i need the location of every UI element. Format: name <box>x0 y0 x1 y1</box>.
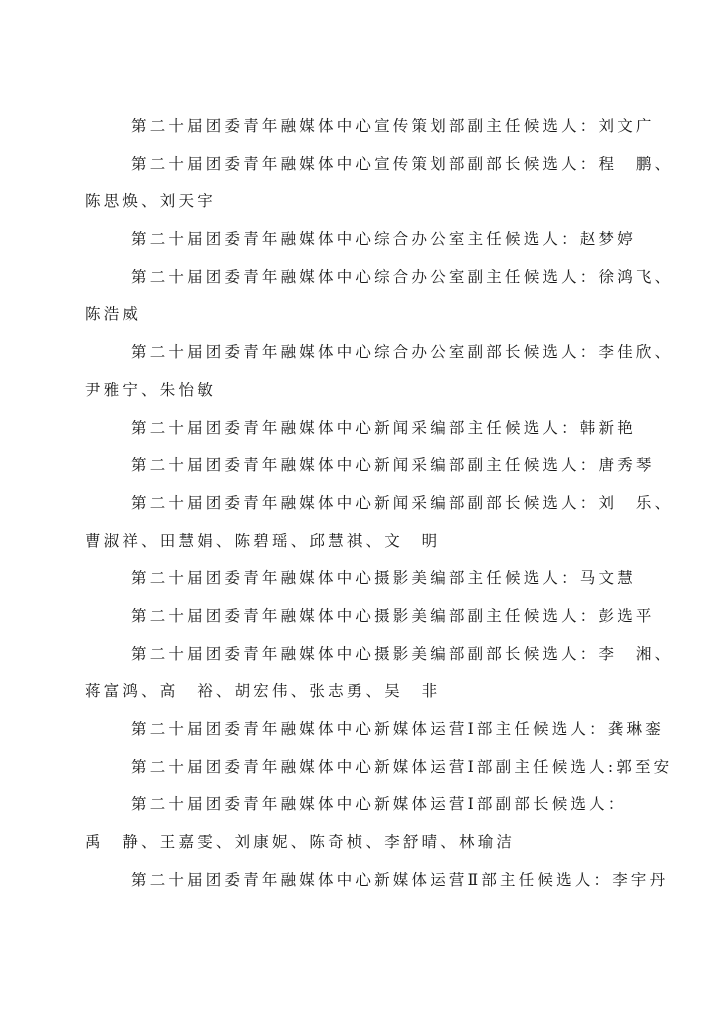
paragraph-continuation: 蒋富鸿、高 裕、胡宏伟、张志勇、吴 非 <box>85 673 635 711</box>
paragraph-line: 第二十届团委青年融媒体中心综合办公室主任候选人：赵梦婷 <box>85 221 635 259</box>
paragraph-line: 第二十届团委青年融媒体中心新闻采编部副部长候选人：刘 乐、 <box>85 485 635 523</box>
paragraph-line: 第二十届团委青年融媒体中心摄影美编部副部长候选人：李 湘、 <box>85 636 635 674</box>
paragraph-line: 第二十届团委青年融媒体中心新闻采编部主任候选人：韩新艳 <box>85 410 635 448</box>
paragraph-line: 第二十届团委青年融媒体中心新闻采编部副主任候选人：唐秀琴 <box>85 447 635 485</box>
paragraph-line: 第二十届团委青年融媒体中心新媒体运营Ⅰ部主任候选人：龚琳銮 <box>85 711 635 749</box>
paragraph-line: 第二十届团委青年融媒体中心新媒体运营Ⅰ部副部长候选人： <box>85 786 635 824</box>
paragraph-continuation: 尹雅宁、朱怡敏 <box>85 372 635 410</box>
paragraph-line: 第二十届团委青年融媒体中心宣传策划部副部长候选人：程 鹏、 <box>85 146 635 184</box>
paragraph-line: 第二十届团委青年融媒体中心新媒体运营Ⅰ部副主任候选人:郭至安 <box>85 749 635 787</box>
paragraph-line: 第二十届团委青年融媒体中心摄影美编部主任候选人：马文慧 <box>85 560 635 598</box>
paragraph-continuation: 禹 静、王嘉雯、刘康妮、陈奇桢、李舒晴、林瑜洁 <box>85 824 635 862</box>
paragraph-line: 第二十届团委青年融媒体中心新媒体运营Ⅱ部主任候选人：李宇丹 <box>85 862 635 900</box>
document-page: 第二十届团委青年融媒体中心宣传策划部副主任候选人：刘文广 第二十届团委青年融媒体… <box>85 108 635 899</box>
paragraph-line: 第二十届团委青年融媒体中心综合办公室副主任候选人：徐鸿飞、 <box>85 259 635 297</box>
paragraph-continuation: 陈思焕、刘天宇 <box>85 183 635 221</box>
paragraph-continuation: 陈浩威 <box>85 296 635 334</box>
paragraph-line: 第二十届团委青年融媒体中心摄影美编部副主任候选人：彭选平 <box>85 598 635 636</box>
paragraph-line: 第二十届团委青年融媒体中心宣传策划部副主任候选人：刘文广 <box>85 108 635 146</box>
paragraph-line: 第二十届团委青年融媒体中心综合办公室副部长候选人：李佳欣、 <box>85 334 635 372</box>
paragraph-continuation: 曹淑祥、田慧娟、陈碧瑶、邱慧祺、文 明 <box>85 523 635 561</box>
